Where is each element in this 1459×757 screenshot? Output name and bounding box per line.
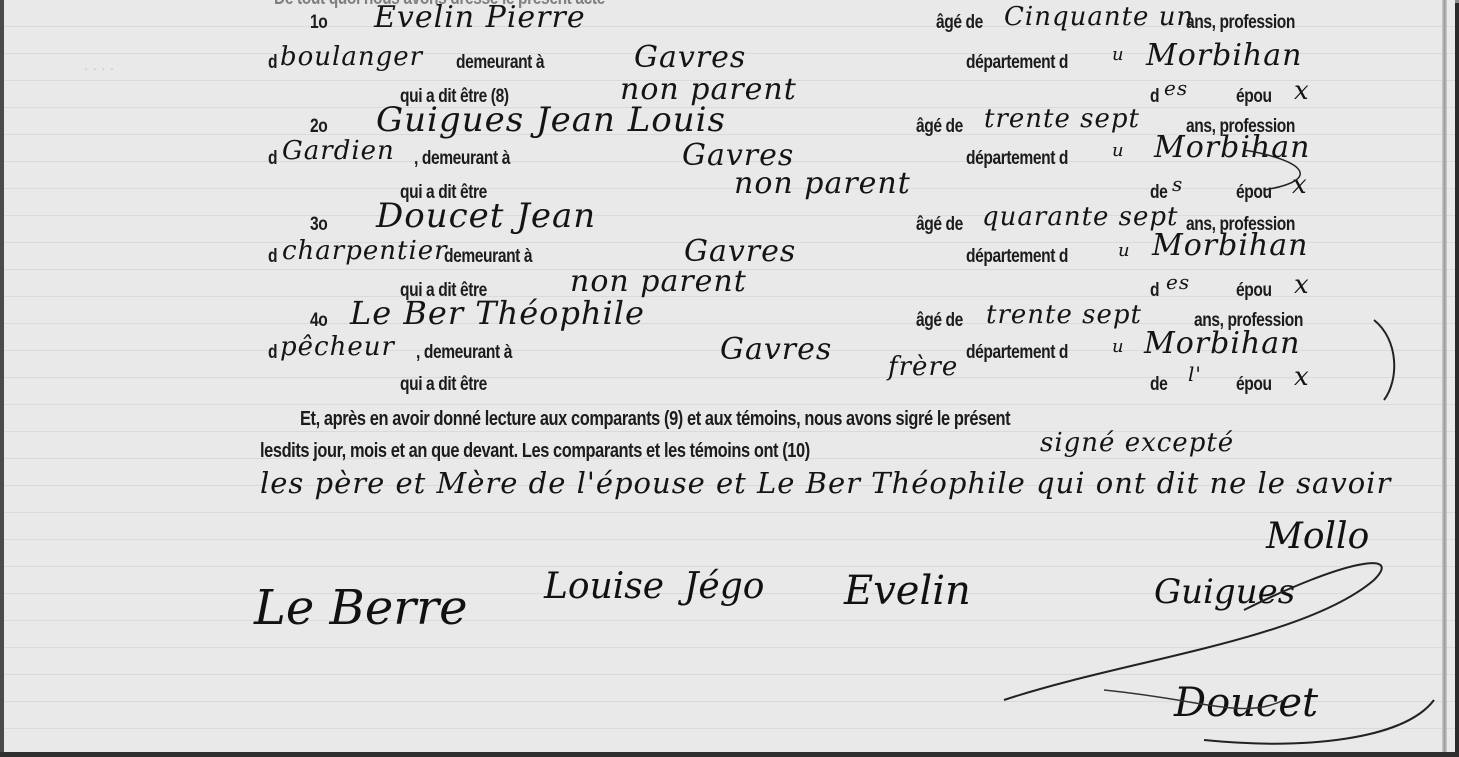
dept-label: département d xyxy=(966,342,1068,364)
witness-age: Cinquante un xyxy=(1004,2,1194,32)
witness-name: Le Ber Théophile xyxy=(350,294,645,332)
prof-prefix: d xyxy=(268,148,277,170)
witness-age: quarante sept xyxy=(982,202,1179,232)
age-label: âgé de xyxy=(916,116,963,138)
des-label: de xyxy=(1150,374,1167,396)
epoux-label: épou xyxy=(1236,374,1272,396)
dept-suffix: u xyxy=(1112,140,1125,161)
epoux-suffix: x xyxy=(1294,362,1310,392)
demeurant-label: , demeurant à xyxy=(414,148,510,170)
des-suffix: l' xyxy=(1188,362,1202,386)
signature-le-berre: Le Berre xyxy=(254,580,468,636)
witness-department: Morbihan xyxy=(1154,130,1310,165)
witness-residence: Gavres xyxy=(720,332,832,367)
age-label: âgé de xyxy=(936,12,983,34)
witness-department: Morbihan xyxy=(1146,38,1302,73)
prof-prefix: d xyxy=(268,342,277,364)
epoux-label: épou xyxy=(1236,182,1272,204)
demeurant-label: , demeurant à xyxy=(416,342,512,364)
epoux-suffix: x xyxy=(1292,170,1308,200)
epoux-suffix: x xyxy=(1294,76,1310,106)
signature-jego: Jégo xyxy=(684,566,764,607)
closing-line-3-hand: les père et Mère de l'épouse et Le Ber T… xyxy=(260,466,1391,500)
witness-number: 4o xyxy=(310,310,327,332)
closing-line-1: Et, après en avoir donné lecture aux com… xyxy=(300,408,1010,431)
demeurant-label: demeurant à xyxy=(444,246,532,268)
des-label: d xyxy=(1150,280,1159,302)
closing-line-2-print: lesdits jour, mois et an que devant. Les… xyxy=(260,440,810,463)
signature-evelin: Evelin xyxy=(844,568,971,614)
witness-residence: Gavres xyxy=(634,40,746,75)
witness-profession: boulanger xyxy=(280,42,423,72)
des-suffix: es xyxy=(1164,76,1188,100)
age-label: âgé de xyxy=(916,214,963,236)
witness-department: Morbihan xyxy=(1144,326,1300,361)
signature-louise: Louise xyxy=(544,566,664,607)
witness-name: Guigues Jean Louis xyxy=(376,100,726,140)
witness-age: trente sept xyxy=(984,104,1140,134)
signature-doucet: Doucet xyxy=(1174,680,1318,726)
witness-profession: charpentier xyxy=(282,236,448,266)
epoux-label: épou xyxy=(1236,280,1272,302)
dept-label: département d xyxy=(966,246,1068,268)
epoux-label: épou xyxy=(1236,86,1272,108)
signature-mollo: Mollo xyxy=(1266,516,1369,557)
age-label: âgé de xyxy=(916,310,963,332)
dept-suffix: u xyxy=(1112,336,1125,357)
witness-number: 1o xyxy=(310,12,327,34)
bottom-border xyxy=(0,752,1459,757)
witness-name: Evelin Pierre xyxy=(374,0,586,35)
dept-suffix: u xyxy=(1112,44,1125,65)
closing-line-2-hand: signé excepté xyxy=(1040,428,1234,458)
witness-relation: non parent xyxy=(734,166,911,201)
margin-bleed-through: · · · · xyxy=(84,60,114,76)
prof-prefix: d xyxy=(268,246,277,268)
signature-guigues: Guigues xyxy=(1154,572,1295,612)
witness-department: Morbihan xyxy=(1152,228,1308,263)
des-label: de xyxy=(1150,182,1167,204)
ans-profession-label: ans, profession xyxy=(1186,12,1295,34)
dept-suffix: u xyxy=(1118,240,1131,261)
des-suffix: s xyxy=(1172,172,1183,196)
des-suffix: es xyxy=(1166,270,1190,294)
witness-name: Doucet Jean xyxy=(376,196,596,236)
witness-profession: pêcheur xyxy=(280,332,395,362)
witness-age: trente sept xyxy=(986,300,1142,330)
epoux-suffix: x xyxy=(1294,270,1310,300)
civil-record-page: · · · · De tout quoi nous avons dressé l… xyxy=(4,0,1455,752)
dept-label: département d xyxy=(966,148,1068,170)
demeurant-label: demeurant à xyxy=(456,52,544,74)
des-label: d xyxy=(1150,86,1159,108)
dept-label: département d xyxy=(966,52,1068,74)
witness-relation: frère xyxy=(888,352,958,382)
witness-profession: Gardien xyxy=(282,136,395,166)
witness-number: 2o xyxy=(310,116,327,138)
prof-prefix: d xyxy=(268,52,277,74)
witness-number: 3o xyxy=(310,214,327,236)
qui-label: qui a dit être xyxy=(400,374,487,396)
